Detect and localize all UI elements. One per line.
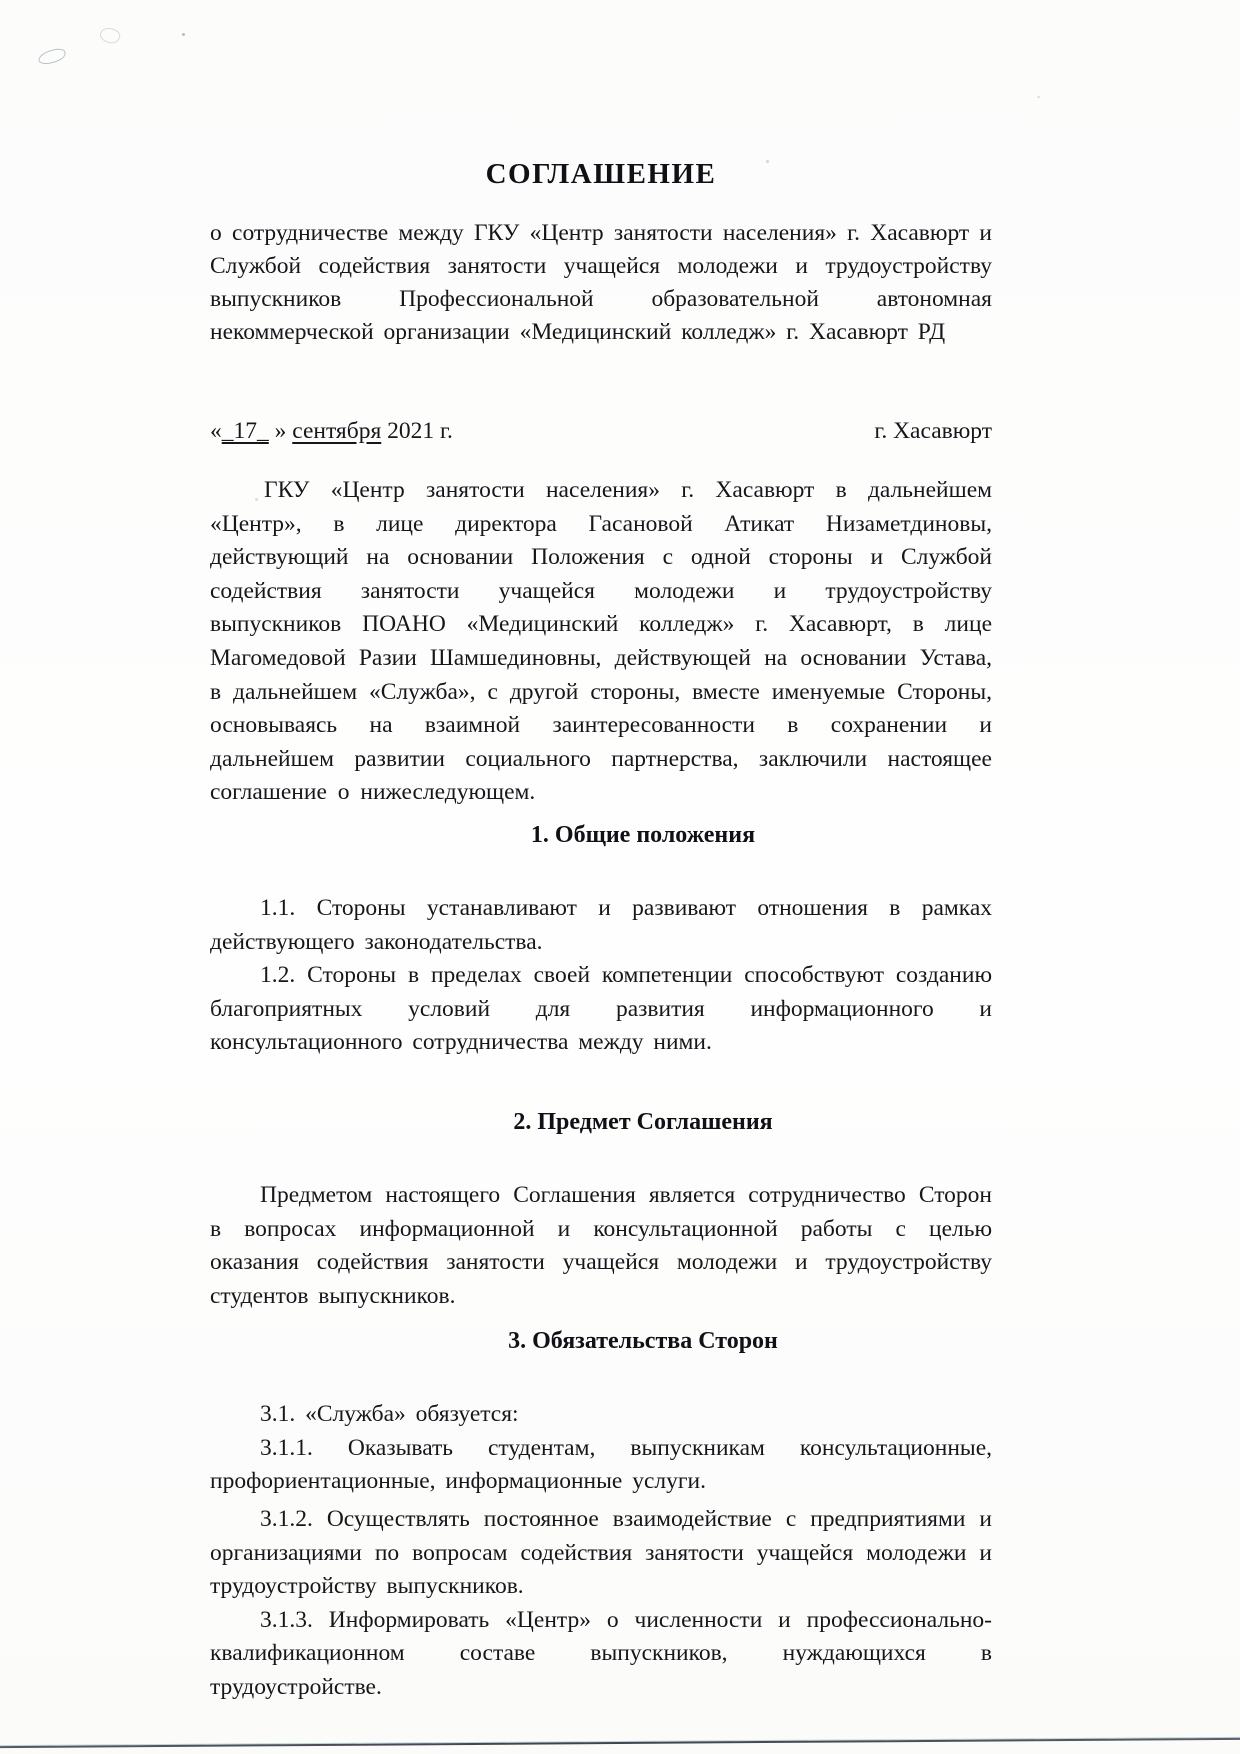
scan-edge-line: [0, 1738, 1240, 1748]
intro-paragraph: о сотрудничестве между ГКУ «Центр занято…: [210, 217, 992, 349]
date-close-quote: »: [269, 418, 293, 444]
paragraph-3-1-3: 3.1.3. Информировать «Центр» о численнос…: [210, 1604, 992, 1705]
scan-speck: [182, 33, 185, 36]
paragraph-1-2: 1.2. Стороны в пределах своей компетенци…: [210, 959, 992, 1060]
scan-smudge: [37, 47, 67, 66]
paragraph-1-1: 1.1. Стороны устанавливают и развивают о…: [210, 892, 992, 959]
section-1-heading: 1. Общие положения: [210, 819, 992, 852]
paragraph-3-1: 3.1. «Служба» обязуется:: [210, 1398, 992, 1432]
paragraph-3-1-1: 3.1.1. Оказывать студентам, выпускникам …: [210, 1432, 992, 1499]
paragraph-2-1: Предметом настоящего Соглашения является…: [210, 1179, 992, 1313]
document-content: СОГЛАШЕНИЕ о сотрудничестве между ГКУ «Ц…: [210, 0, 992, 1705]
section-2-heading: 2. Предмет Соглашения: [210, 1106, 992, 1139]
date-open-quote: «: [210, 418, 222, 444]
date-day: _17_: [222, 418, 269, 444]
scan-smudge: [98, 25, 122, 46]
document-place: г. Хасавюрт: [874, 415, 992, 448]
date-year: 2021 г.: [381, 418, 453, 444]
preamble-paragraph: ГКУ «Центр занятости населения» г. Хасав…: [210, 474, 992, 810]
scan-speck: [1037, 96, 1040, 98]
scanned-document-page: СОГЛАШЕНИЕ о сотрудничестве между ГКУ «Ц…: [0, 0, 1240, 1754]
date-line: «_17_ » сентября 2021 г. г. Хасавюрт: [210, 415, 992, 448]
paragraph-3-1-2: 3.1.2. Осуществлять постоянное взаимодей…: [210, 1503, 992, 1604]
date-value: «_17_ » сентября 2021 г.: [210, 415, 453, 448]
date-month: сентября: [292, 418, 381, 444]
section-3-heading: 3. Обязательства Сторон: [210, 1325, 992, 1358]
document-title: СОГЛАШЕНИЕ: [210, 158, 992, 191]
